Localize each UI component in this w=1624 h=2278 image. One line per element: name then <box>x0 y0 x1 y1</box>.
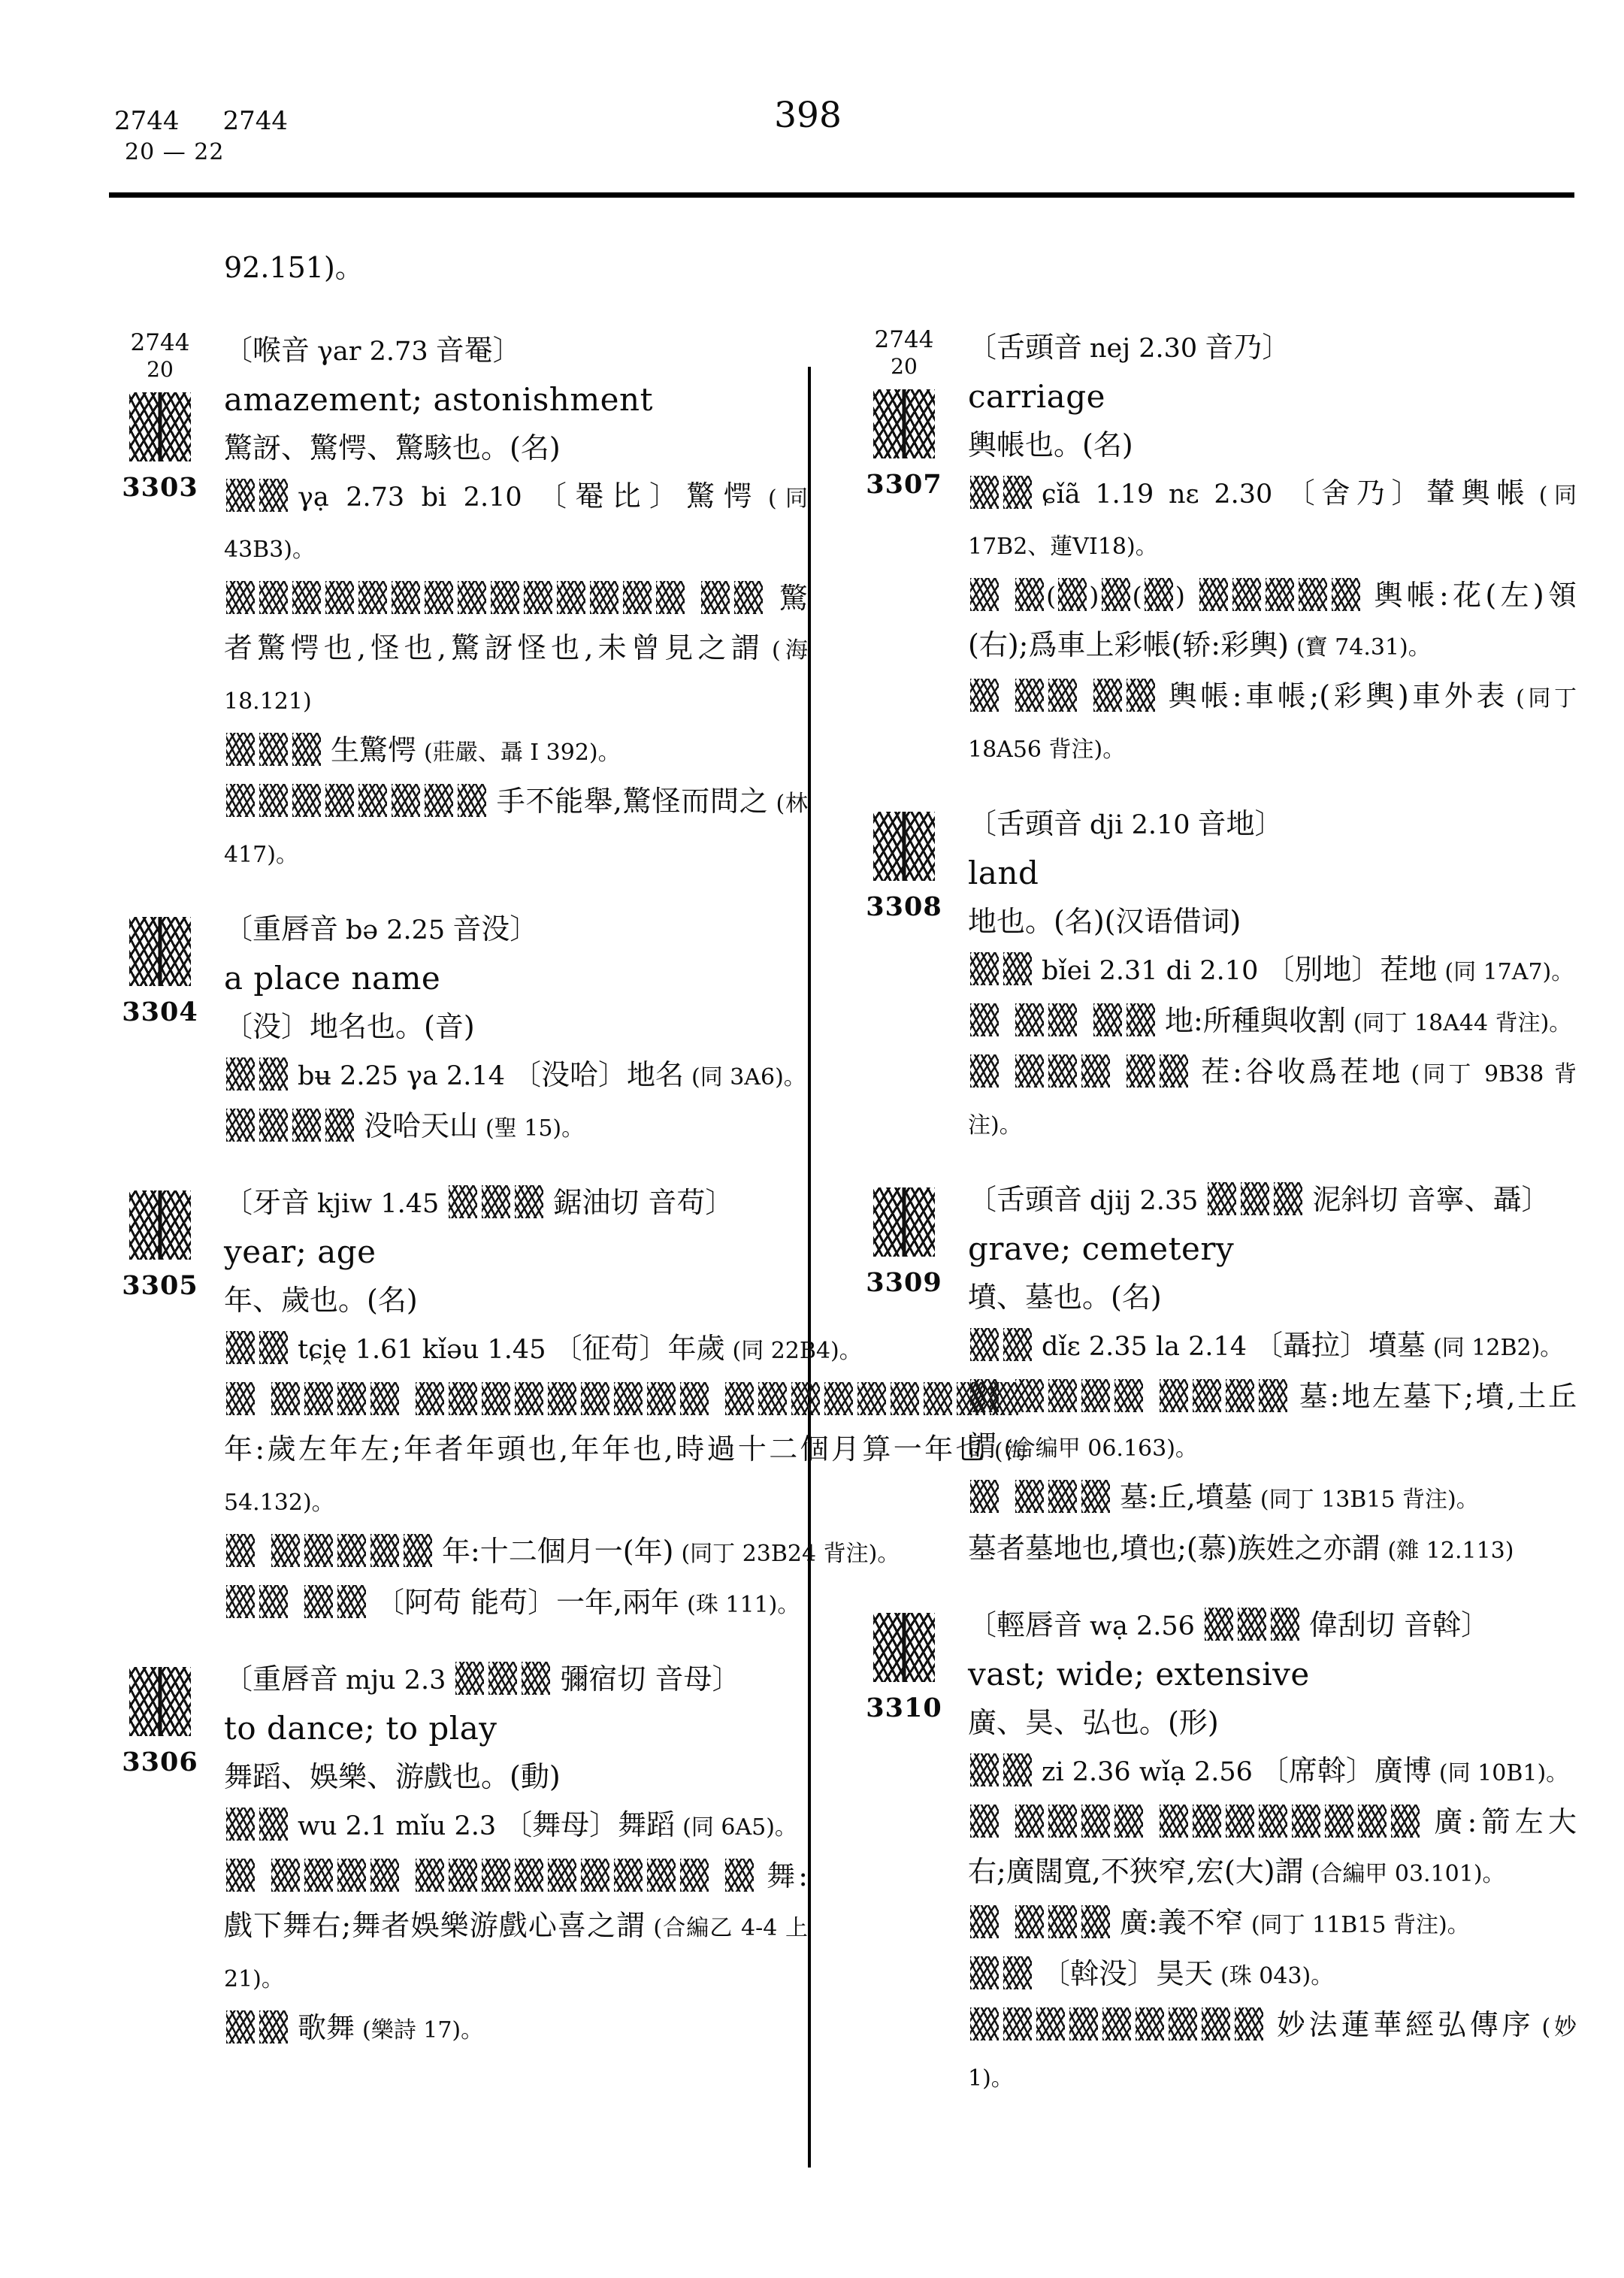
entry-folio-number: 2744 <box>875 326 934 353</box>
tangut-glyph <box>226 2010 255 2044</box>
headword-tangut-glyph <box>873 389 935 458</box>
chinese-text: 鋸油切 音苟〕 <box>553 1186 733 1219</box>
tangut-glyph <box>1271 1608 1299 1641</box>
tangut-glyph <box>1325 1805 1353 1838</box>
tangut-glyph <box>623 581 652 614</box>
chinese-text: 泥斜切 音寧、聶〕 <box>1312 1183 1550 1216</box>
header-item-range: 20 — 22 <box>114 137 288 168</box>
tangut-glyph-run <box>968 956 1034 986</box>
tangut-glyph <box>970 1480 999 1513</box>
tangut-glyph <box>1015 578 1044 611</box>
tangut-glyph <box>1102 2007 1131 2041</box>
tangut-glyph <box>455 1662 484 1695</box>
transliteration: bə 2.25 <box>346 915 445 945</box>
tangut-glyph-run <box>968 2011 1266 2041</box>
pronunciation-line: 〔輕唇音wạ 2.56偉刮切 音斡〕 <box>968 1601 1577 1650</box>
compound-line: 墓:地左墓下;墳,土丘謂(合编甲 06.163)。 <box>968 1372 1577 1473</box>
tangut-glyph-run <box>453 1665 552 1696</box>
chinese-text: 手不能舉,驚怪而問之 <box>496 785 769 818</box>
tangut-glyph <box>970 2007 999 2041</box>
chinese-text: 生驚愕 <box>331 734 416 767</box>
tangut-glyph <box>1160 1379 1188 1412</box>
tangut-glyph <box>680 1382 709 1415</box>
tangut-glyph <box>292 733 321 766</box>
pronunciation-line: 〔舌頭音dji 2.10音地〕 <box>968 800 1577 849</box>
tangut-glyph-run <box>968 479 1034 510</box>
compound-line: 驚者驚愕也,怪也,驚訝怪也,未曾見之謂(海 18.121) <box>224 574 808 726</box>
tangut-glyph-run <box>968 1808 1422 1838</box>
tangut-glyph <box>1259 1805 1287 1838</box>
dictionary-entry: 2744203307〔舌頭音nej 2.30音乃〕carriage輿帳也。(名)… <box>857 323 1577 774</box>
tangut-glyph <box>1114 1805 1143 1838</box>
tangut-glyph <box>292 1109 321 1142</box>
tangut-glyph <box>1202 2007 1230 2041</box>
tangut-glyph <box>791 1382 820 1415</box>
tangut-glyph <box>1193 1805 1221 1838</box>
chinese-text: 妙法蓮華經弘傳序 <box>1273 2008 1534 2041</box>
tangut-glyph <box>259 479 288 512</box>
tangut-glyph <box>647 1859 676 1892</box>
chinese-text: 〔別地〕茬地 <box>1266 953 1437 986</box>
tangut-glyph <box>226 1382 255 1415</box>
entry-margin: 3310 <box>857 1601 951 2103</box>
tangut-glyph <box>970 1805 999 1838</box>
tangut-glyph-run <box>224 1862 756 1892</box>
chinese-definition: 驚訝、驚愕、驚駭也。(名) <box>224 424 808 472</box>
transliteration: dji 2.10 <box>1090 810 1190 840</box>
header-folio-right: 2744 <box>223 105 289 137</box>
entry-number: 3309 <box>866 1267 942 1298</box>
tangut-glyph <box>515 1185 543 1218</box>
tangut-glyph <box>259 1057 288 1091</box>
tangut-glyph <box>1160 1054 1188 1088</box>
tangut-glyph <box>392 784 420 817</box>
source-reference: (珠 111)。 <box>687 1592 800 1618</box>
transliteration: γạ 2.73 bi 2.10 <box>298 483 522 513</box>
chinese-text: 年:十二個月一(年) <box>442 1535 673 1568</box>
tangut-glyph <box>458 581 486 614</box>
english-gloss: a place name <box>224 954 808 1003</box>
compound-line: 没哈天山(聖 15)。 <box>224 1102 808 1153</box>
tangut-glyph <box>515 1859 543 1892</box>
tangut-glyph <box>1081 1379 1110 1412</box>
compound-line: γạ 2.73 bi 2.10〔罨比〕驚愕(同 43B3)。 <box>224 472 808 574</box>
chinese-text: 廣:義不窄 <box>1120 1906 1244 1939</box>
source-reference: (同 3A6)。 <box>691 1064 806 1091</box>
tangut-glyph <box>970 1956 999 1989</box>
dictionary-entry: 2744203303〔喉音γar 2.73音罨〕amazement; aston… <box>113 326 808 879</box>
compound-line: ()()輿帳:花(左)領(右);爲車上彩帳(轿:彩輿)(寶 74.31)。 <box>968 571 1577 672</box>
tangut-glyph <box>548 1382 576 1415</box>
tangut-glyph <box>1145 578 1173 611</box>
chinese-text: 輿帳:車帳;(彩輿)車外表 <box>1165 679 1508 712</box>
chinese-text: 墓:丘,墳墓 <box>1120 1481 1253 1514</box>
entry-body: 〔喉音γar 2.73音罨〕amazement; astonishment驚訝、… <box>224 326 808 879</box>
chinese-text: 〔席斡〕廣博 <box>1260 1754 1432 1787</box>
chinese-text: 〔征苟〕年歲 <box>553 1332 724 1365</box>
tangut-glyph <box>1169 2007 1197 2041</box>
entry-body: 〔重唇音bə 2.25音没〕a place name〔没〕地名也。(音)bʉ 2… <box>224 905 808 1153</box>
transliteration: nej 2.30 <box>1090 334 1197 364</box>
compound-line: 生驚愕(莊嚴、聶 I 392)。 <box>224 726 808 777</box>
tangut-glyph <box>1235 2007 1263 2041</box>
tangut-glyph <box>701 581 730 614</box>
source-reference: (合編甲 03.101)。 <box>1311 1861 1505 1887</box>
tangut-glyph <box>734 581 763 614</box>
entry-margin: 2744203307 <box>857 323 951 774</box>
tangut-glyph <box>337 1534 366 1567</box>
tangut-glyph-run <box>224 1335 290 1365</box>
tangut-glyph <box>1003 1328 1032 1361</box>
tangut-glyph <box>970 1328 999 1361</box>
tangut-glyph-run <box>968 1058 1190 1088</box>
source-reference: (同 10B1)。 <box>1439 1760 1568 1786</box>
source-reference: (樂詩 17)。 <box>362 2017 483 2044</box>
tangut-glyph <box>725 1382 754 1415</box>
tangut-glyph <box>226 1808 255 1841</box>
compound-line: 手不能舉,驚怪而問之(林 417)。 <box>224 777 808 879</box>
chinese-text: 音地〕 <box>1198 807 1284 840</box>
chinese-text: 〔阿苟 能苟〕一年,兩年 <box>376 1586 679 1619</box>
pronunciation-line: 〔重唇音mju 2.3彌宿切 音母〕 <box>224 1655 808 1705</box>
tangut-glyph-run <box>224 483 290 513</box>
chinese-text: 茬:谷收爲茬地 <box>1198 1055 1403 1088</box>
transliteration: wạ 2.56 <box>1090 1611 1195 1641</box>
transliteration: dǐɛ 2.35 la 2.14 <box>1042 1332 1247 1362</box>
tangut-glyph <box>1193 1379 1221 1412</box>
tangut-glyph <box>259 1585 288 1618</box>
transliteration: wu 2.1 mǐu 2.3 <box>298 1811 496 1841</box>
tangut-glyph <box>425 581 453 614</box>
transliteration: kjiw 1.45 <box>317 1189 439 1219</box>
tangut-glyph <box>304 1534 333 1567</box>
chinese-text: 音罨〕 <box>436 334 522 367</box>
tangut-glyph <box>259 784 288 817</box>
chinese-text: 地:所種與收割 <box>1165 1004 1346 1037</box>
tangut-glyph <box>515 1382 543 1415</box>
chinese-text: 音乃〕 <box>1205 331 1290 364</box>
tangut-glyph <box>970 476 999 509</box>
compound-line: 廣:箭左大右;廣闊寬,不狹窄,宏(大)謂(合編甲 03.101)。 <box>968 1798 1577 1898</box>
header-folio-left: 2744 <box>114 105 180 137</box>
transliteration: bʉ 2.25 γa 2.14 <box>298 1061 505 1091</box>
compound-line: wu 2.1 mǐu 2.3〔舞母〕舞蹈(同 6A5)。 <box>224 1801 808 1852</box>
entry-number: 3307 <box>866 469 942 500</box>
tangut-glyph <box>1058 578 1087 611</box>
tangut-glyph <box>1208 1182 1236 1215</box>
tangut-glyph <box>1003 2007 1032 2041</box>
tangut-glyph <box>259 1808 288 1841</box>
tangut-glyph <box>226 1585 255 1618</box>
tangut-glyph-run: ()() <box>968 582 1362 612</box>
tangut-glyph <box>1048 1905 1077 1938</box>
compound-line: 〔斡没〕昊天(珠 043)。 <box>968 1950 1577 2001</box>
tangut-glyph <box>404 1534 432 1567</box>
source-reference: (同丁 13B15 背注)。 <box>1260 1487 1479 1513</box>
tangut-glyph <box>1102 578 1130 611</box>
compound-line: 茬:谷收爲茬地(同丁 9B38 背注)。 <box>968 1048 1577 1150</box>
chinese-definition: 廣、昊、弘也。(形) <box>968 1699 1577 1747</box>
tangut-glyph <box>226 1109 255 1142</box>
chinese-text: 〔斡没〕昊天 <box>1042 1957 1213 1990</box>
source-reference: (同 12B2)。 <box>1433 1335 1562 1361</box>
headword-tangut-glyph <box>129 392 191 461</box>
header-folio-range: 27442744 20 — 22 <box>114 105 288 168</box>
tangut-glyph <box>1241 1182 1269 1215</box>
tangut-glyph-run <box>968 1007 1157 1037</box>
chinese-text: 彌宿切 音母〕 <box>560 1662 740 1696</box>
tangut-glyph <box>970 578 999 611</box>
tangut-glyph <box>226 1331 255 1364</box>
compound-line: dǐɛ 2.35 la 2.14〔聶拉〕墳墓(同 12B2)。 <box>968 1321 1577 1372</box>
source-reference: (聖 15)。 <box>485 1115 584 1142</box>
tangut-glyph <box>259 1331 288 1364</box>
tangut-glyph <box>271 1382 300 1415</box>
tangut-glyph-run <box>224 1112 356 1142</box>
compound-line: 舞:戲下舞右;舞者娛樂游戲心喜之謂(合編乙 4-4 上 21)。 <box>224 1852 808 2004</box>
tangut-glyph <box>970 1003 999 1036</box>
tangut-glyph <box>370 1382 399 1415</box>
tangut-glyph <box>1003 476 1032 509</box>
page-number: 398 <box>740 95 876 136</box>
chinese-text: 〔喉音 <box>224 334 310 367</box>
tangut-glyph <box>482 1382 510 1415</box>
english-gloss: amazement; astonishment <box>224 376 808 424</box>
tangut-glyph <box>1015 1905 1044 1938</box>
tangut-glyph <box>970 1054 999 1088</box>
tangut-glyph <box>1048 1379 1077 1412</box>
tangut-glyph <box>259 581 288 614</box>
tangut-glyph <box>1036 2007 1065 2041</box>
tangut-glyph <box>370 1859 399 1892</box>
dictionary-entry: 3306〔重唇音mju 2.3彌宿切 音母〕to dance; to play舞… <box>113 1655 808 2055</box>
tangut-glyph <box>416 1859 444 1892</box>
entry-margin: 3309 <box>857 1175 951 1575</box>
tangut-glyph <box>725 1859 754 1892</box>
tangut-glyph <box>226 784 255 817</box>
tangut-glyph <box>824 1382 853 1415</box>
tangut-glyph <box>1266 578 1294 611</box>
compound-line: zi 2.36 wǐạ 2.56〔席斡〕廣博(同 10B1)。 <box>968 1747 1577 1798</box>
tangut-glyph <box>1259 1379 1287 1412</box>
tangut-glyph <box>1048 1054 1077 1088</box>
chinese-text: 没哈天山 <box>364 1109 478 1142</box>
tangut-glyph <box>226 581 255 614</box>
tangut-glyph <box>325 1109 354 1142</box>
entry-margin: 3306 <box>113 1655 207 2055</box>
transliteration: ɕǐã 1.19 nɛ 2.30 <box>1042 479 1272 510</box>
header-folio-numbers: 27442744 <box>114 105 288 137</box>
compound-line: 歌舞(樂詩 17)。 <box>224 2004 808 2055</box>
column-left: 92.151)。 2744203303〔喉音γar 2.73音罨〕amazeme… <box>113 244 808 2080</box>
tangut-glyph <box>970 1379 999 1412</box>
chinese-text: 〔舌頭音 <box>968 1183 1082 1216</box>
chinese-text: 〔重唇音 <box>224 912 338 945</box>
entry-number: 3310 <box>866 1693 942 1723</box>
tangut-glyph <box>226 1859 255 1892</box>
tangut-glyph <box>271 1534 300 1567</box>
tangut-glyph <box>304 1382 333 1415</box>
chinese-text: 〔舌頭音 <box>968 807 1082 840</box>
tangut-glyph <box>304 1859 333 1892</box>
tangut-glyph <box>1003 1956 1032 1989</box>
english-gloss: to dance; to play <box>224 1705 808 1753</box>
english-gloss: vast; wide; extensive <box>968 1650 1577 1699</box>
pronunciation-line: 〔舌頭音djij 2.35泥斜切 音寧、聶〕 <box>968 1175 1577 1225</box>
tangut-glyph <box>337 1585 366 1618</box>
tangut-glyph <box>482 1859 510 1892</box>
entry-number: 3306 <box>122 1747 198 1777</box>
headword-tangut-glyph <box>873 812 935 881</box>
chinese-text: 偉刮切 音斡〕 <box>1309 1608 1489 1641</box>
chinese-text: 〔牙音 <box>224 1186 310 1219</box>
tangut-glyph <box>1292 1805 1320 1838</box>
tangut-glyph <box>292 784 321 817</box>
tangut-glyph-run <box>1202 1611 1302 1641</box>
tangut-glyph <box>1081 1054 1110 1088</box>
chinese-text: 〔舞母〕舞蹈 <box>504 1808 675 1841</box>
headword-tangut-glyph <box>129 1190 191 1260</box>
chinese-definition: 〔没〕地名也。(音) <box>224 1003 808 1051</box>
tangut-glyph <box>557 581 585 614</box>
tangut-glyph <box>590 581 618 614</box>
tangut-glyph <box>1048 1480 1077 1513</box>
chinese-definition: 輿帳也。(名) <box>968 421 1577 469</box>
tangut-glyph <box>524 581 552 614</box>
chinese-text: 〔没哈〕地名 <box>513 1058 684 1091</box>
entry-folio-number: 2744 <box>131 329 190 356</box>
chinese-text: 〔罨比〕驚愕 <box>530 479 761 513</box>
tangut-glyph <box>1238 1608 1266 1641</box>
tangut-glyph <box>1081 1805 1110 1838</box>
tangut-glyph-run <box>224 1061 290 1091</box>
tangut-glyph <box>226 733 255 766</box>
tangut-glyph <box>1160 1805 1188 1838</box>
compound-line: 廣:義不窄(同丁 11B15 背注)。 <box>968 1898 1577 1950</box>
tangut-glyph <box>1015 1003 1044 1036</box>
tangut-glyph <box>1127 1003 1155 1036</box>
tangut-glyph <box>259 733 288 766</box>
entry-margin: 3305 <box>113 1178 207 1629</box>
tangut-glyph <box>449 1859 477 1892</box>
tangut-glyph <box>392 581 420 614</box>
tangut-glyph <box>1069 2007 1098 2041</box>
tangut-glyph <box>292 581 321 614</box>
source-reference: (同 6A5)。 <box>682 1814 797 1841</box>
tangut-glyph <box>970 1753 999 1786</box>
tangut-glyph-run <box>1205 1186 1305 1216</box>
tangut-glyph <box>337 1859 366 1892</box>
tangut-glyph <box>425 784 453 817</box>
tangut-glyph <box>970 952 999 985</box>
entry-folio-reference: 274420 <box>131 329 190 383</box>
pronunciation-line: 〔喉音γar 2.73音罨〕 <box>224 326 808 376</box>
chinese-definition: 地也。(名)(汉语借词) <box>968 897 1577 945</box>
entry-body: 〔舌頭音dji 2.10音地〕land地也。(名)(汉语借词)bǐei 2.31… <box>968 800 1577 1150</box>
entry-margin: 3308 <box>857 800 951 1150</box>
source-reference: (同 17A7)。 <box>1444 959 1574 985</box>
dictionary-entry: 3309〔舌頭音djij 2.35泥斜切 音寧、聶〕grave; cemeter… <box>857 1175 1577 1575</box>
tangut-glyph-run <box>968 1383 1290 1413</box>
entry-margin: 3304 <box>113 905 207 1153</box>
dictionary-page: 27442744 20 — 22 398 92.151)。 2744203303… <box>0 0 1624 2278</box>
tangut-glyph <box>1226 1805 1254 1838</box>
compound-line: bǐei 2.31 di 2.10〔別地〕茬地(同 17A7)。 <box>968 945 1577 997</box>
source-reference: (同丁 18A44 背注)。 <box>1353 1010 1572 1036</box>
compound-line: ɕǐã 1.19 nɛ 2.30〔舍乃〕輦輿帳(同 17B2、蓮VI18)。 <box>968 469 1577 571</box>
tangut-glyph <box>1048 1003 1077 1036</box>
entry-number: 3308 <box>866 891 942 922</box>
tangut-glyph-run <box>224 1538 434 1568</box>
tangut-glyph <box>1226 1379 1254 1412</box>
transliteration: γar 2.73 <box>317 337 428 367</box>
tangut-glyph-run <box>224 737 323 767</box>
pronunciation-line: 〔重唇音bə 2.25音没〕 <box>224 905 808 954</box>
tangut-glyph <box>522 1662 550 1695</box>
tangut-glyph <box>1015 1805 1044 1838</box>
tangut-glyph-run <box>224 1811 290 1841</box>
column-right: 2744203307〔舌頭音nej 2.30音乃〕carriage輿帳也。(名)… <box>857 323 1577 2128</box>
source-reference: (寶 74.31)。 <box>1296 634 1431 661</box>
dictionary-entry: 3304〔重唇音bə 2.25音没〕a place name〔没〕地名也。(音)… <box>113 905 808 1153</box>
source-reference: (莊嚴、聶 I 392)。 <box>424 740 621 766</box>
tangut-glyph-run <box>968 682 1157 712</box>
dictionary-entry: 3310〔輕唇音wạ 2.56偉刮切 音斡〕vast; wide; extens… <box>857 1601 1577 2103</box>
column-left-entries: 2744203303〔喉音γar 2.73音罨〕amazement; aston… <box>113 326 808 2055</box>
tangut-glyph-run <box>968 1960 1034 1990</box>
chinese-text: 〔重唇音 <box>224 1662 338 1696</box>
tangut-glyph <box>970 679 999 712</box>
dictionary-entry: 3305〔牙音kjiw 1.45鋸油切 音苟〕year; age年、歲也。(名)… <box>113 1178 808 1629</box>
transliteration: tɕi̭ę 1.61 kǐəu 1.45 <box>298 1335 546 1365</box>
transliteration: bǐei 2.31 di 2.10 <box>1042 956 1258 986</box>
headword-tangut-glyph <box>873 1187 935 1257</box>
compound-line: 妙法蓮華經弘傳序(妙 1)。 <box>968 2001 1577 2103</box>
tangut-glyph-run <box>968 1484 1112 1514</box>
chinese-definition: 舞蹈、娛樂、游戲也。(動) <box>224 1753 808 1801</box>
tangut-glyph-run <box>224 788 488 818</box>
headword-tangut-glyph <box>129 1667 191 1736</box>
tangut-glyph <box>304 1585 333 1618</box>
tangut-glyph <box>758 1382 787 1415</box>
entry-body: 〔舌頭音djij 2.35泥斜切 音寧、聶〕grave; cemetery墳、墓… <box>968 1175 1577 1575</box>
compound-line: bʉ 2.25 γa 2.14〔没哈〕地名(同 3A6)。 <box>224 1051 808 1102</box>
tangut-glyph <box>358 581 387 614</box>
tangut-glyph <box>1003 1753 1032 1786</box>
tangut-glyph-run <box>224 1589 368 1619</box>
tangut-glyph <box>1127 1054 1155 1088</box>
tangut-glyph <box>1093 679 1122 712</box>
tangut-glyph-run <box>446 1189 546 1219</box>
chinese-text: 〔輕唇音 <box>968 1608 1082 1641</box>
tangut-glyph <box>548 1859 576 1892</box>
compound-line: 輿帳:車帳;(彩輿)車外表(同丁 18A56 背注)。 <box>968 672 1577 774</box>
tangut-glyph <box>458 784 486 817</box>
tangut-glyph <box>259 1109 288 1142</box>
tangut-glyph <box>1136 2007 1164 2041</box>
tangut-glyph <box>970 1905 999 1938</box>
chinese-text: 歌舞 <box>298 2011 355 2044</box>
entry-margin: 2744203303 <box>113 326 207 879</box>
tangut-glyph <box>259 2010 288 2044</box>
tangut-glyph <box>337 1382 366 1415</box>
transliteration: zi 2.36 wǐạ 2.56 <box>1042 1757 1253 1787</box>
entry-number: 3305 <box>122 1270 198 1301</box>
tangut-glyph-run <box>224 2014 290 2044</box>
chinese-text: 音没〕 <box>452 912 538 945</box>
tangut-glyph <box>1081 1480 1110 1513</box>
tangut-glyph <box>370 1534 399 1567</box>
